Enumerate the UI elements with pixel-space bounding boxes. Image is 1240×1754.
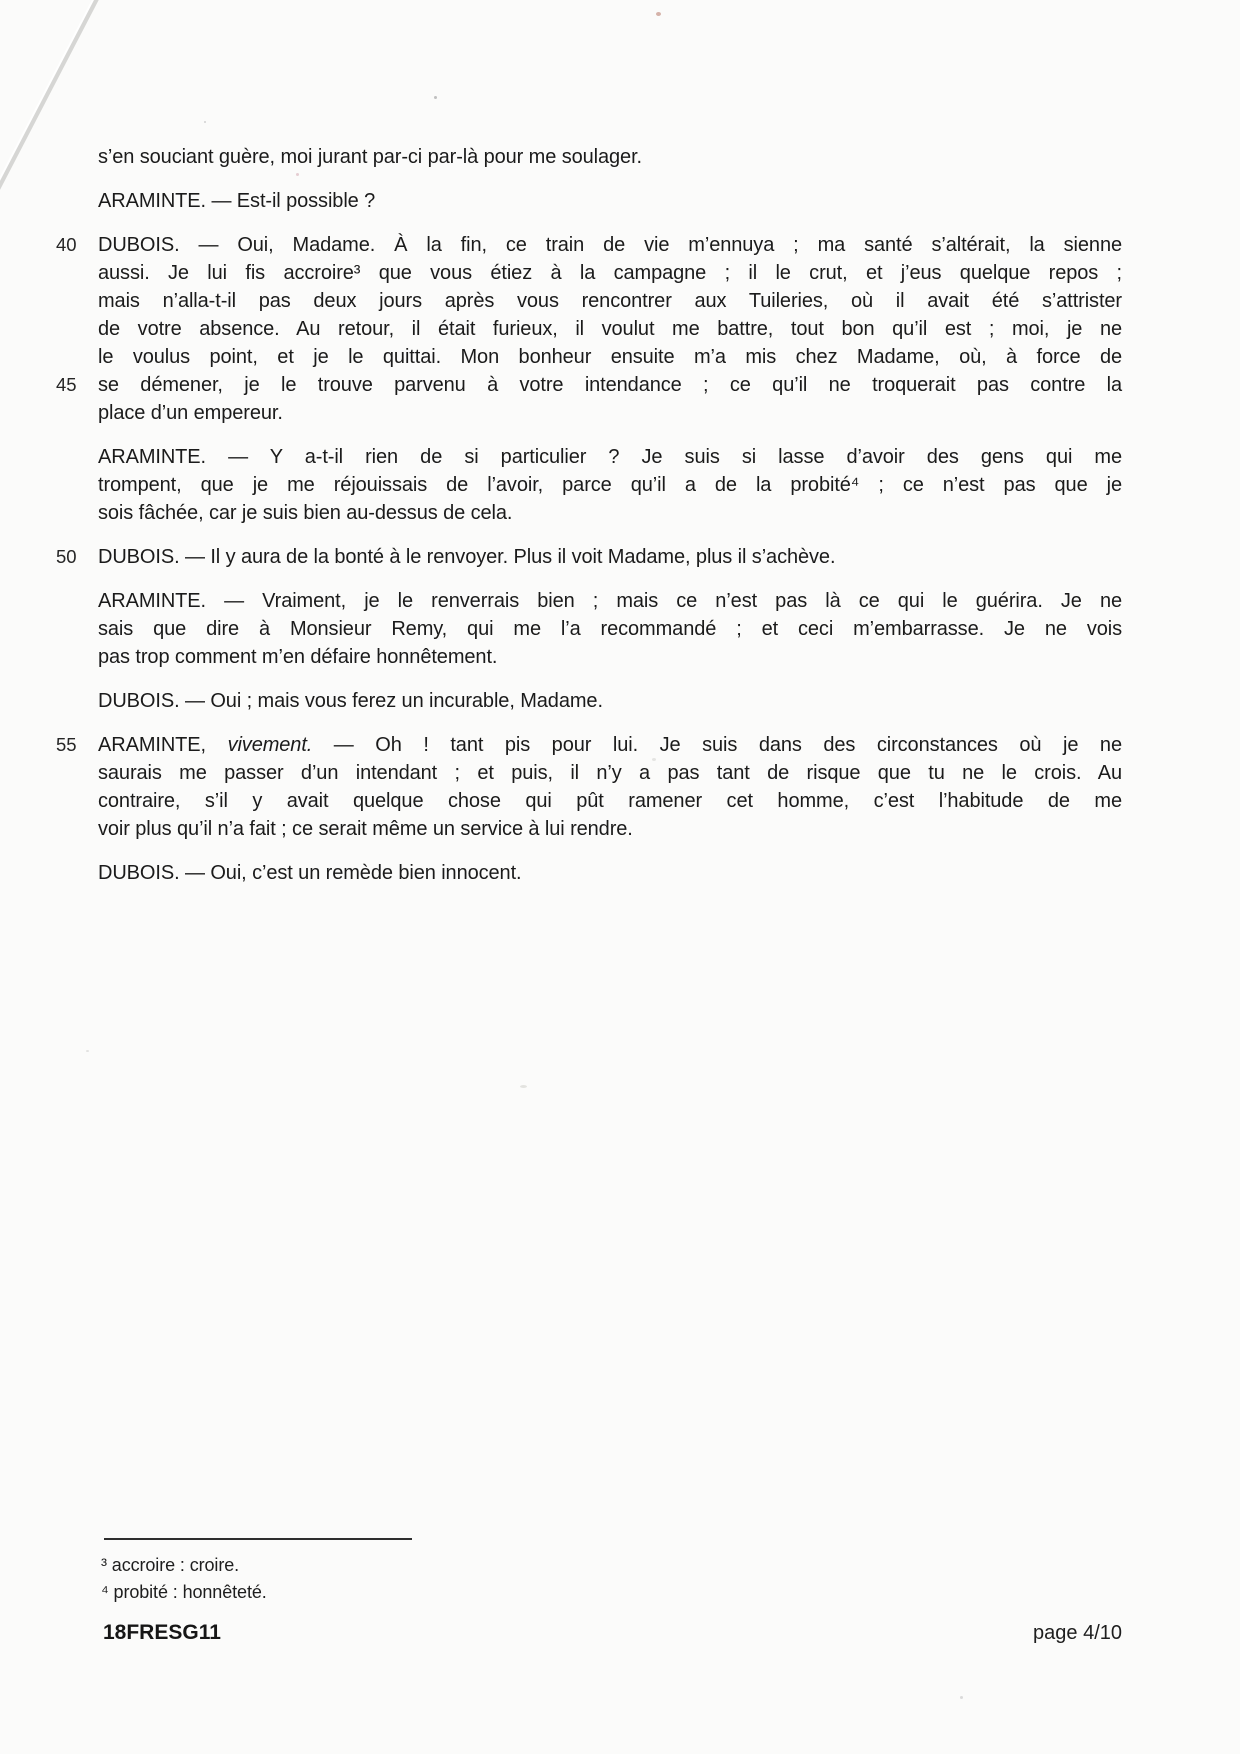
- scan-speck: [960, 1696, 963, 1699]
- scanned-page: s’en souciant guère, moi jurant par-ci p…: [0, 0, 1240, 1754]
- dialogue-line: pas trop comment m’en défaire honnêtemen…: [98, 643, 1122, 671]
- dialogue-line: 50DUBOIS. — Il y aura de la bonté à le r…: [98, 543, 1122, 571]
- dialogue-text-block: s’en souciant guère, moi jurant par-ci p…: [98, 143, 1122, 903]
- scan-speck: [434, 96, 437, 99]
- dialogue-line: mais n’alla-t-il pas deux jours après vo…: [98, 287, 1122, 315]
- dialogue-line: contraire, s’il y avait quelque chose qu…: [98, 787, 1122, 815]
- dialogue-line: voir plus qu’il n’a fait ; ce serait mêm…: [98, 815, 1122, 843]
- dialogue-line: sais que dire à Monsieur Remy, qui me l’…: [98, 615, 1122, 643]
- dialogue-line: 55ARAMINTE, vivement. — Oh ! tant pis po…: [98, 731, 1122, 759]
- scan-speck: [86, 1050, 89, 1052]
- footnote: ⁴ probité : honnêteté.: [101, 1579, 267, 1606]
- scan-speck: [656, 12, 661, 16]
- dialogue-line: 40DUBOIS. — Oui, Madame. À la fin, ce tr…: [98, 231, 1122, 259]
- scan-speck: [204, 121, 206, 123]
- dialogue-line: 45se démener, je le trouve parvenu à vot…: [98, 371, 1122, 399]
- dialogue-line: s’en souciant guère, moi jurant par-ci p…: [98, 143, 1122, 171]
- stage-direction: vivement.: [228, 734, 313, 756]
- footnote: ³ accroire : croire.: [101, 1552, 267, 1579]
- dialogue-line: le voulus point, et je le quittai. Mon b…: [98, 343, 1122, 371]
- dialogue-paragraph: ARAMINTE. — Est-il possible ?: [98, 187, 1122, 215]
- dialogue-paragraph: 55ARAMINTE, vivement. — Oh ! tant pis po…: [98, 731, 1122, 843]
- dialogue-paragraph: DUBOIS. — Oui, c’est un remède bien inno…: [98, 859, 1122, 887]
- dialogue-line: DUBOIS. — Oui, c’est un remède bien inno…: [98, 859, 1122, 887]
- margin-line-number: 55: [56, 731, 92, 759]
- dialogue-line: ARAMINTE. — Vraiment, je le renverrais b…: [98, 587, 1122, 615]
- dialogue-line: trompent, que je me réjouissais de l’avo…: [98, 471, 1122, 499]
- margin-line-number: 45: [56, 371, 92, 399]
- dialogue-line: sois fâchée, car je suis bien au-dessus …: [98, 499, 1122, 527]
- document-code: 18FRESG11: [103, 1621, 221, 1645]
- dialogue-paragraph: 50DUBOIS. — Il y aura de la bonté à le r…: [98, 543, 1122, 571]
- dialogue-paragraph: ARAMINTE. — Y a-t-il rien de si particul…: [98, 443, 1122, 527]
- scan-speck: [520, 1085, 527, 1088]
- dialogue-line: aussi. Je lui fis accroire³ que vous éti…: [98, 259, 1122, 287]
- dialogue-paragraph: DUBOIS. — Oui ; mais vous ferez un incur…: [98, 687, 1122, 715]
- dialogue-line: ARAMINTE. — Y a-t-il rien de si particul…: [98, 443, 1122, 471]
- footnote-separator: [104, 1538, 412, 1540]
- dialogue-line: saurais me passer d’un intendant ; et pu…: [98, 759, 1122, 787]
- dialogue-line: place d’un empereur.: [98, 399, 1122, 427]
- page-number: page 4/10: [1033, 1622, 1122, 1645]
- footnotes-block: ³ accroire : croire. ⁴ probité : honnête…: [101, 1552, 267, 1606]
- dialogue-paragraph: ARAMINTE. — Vraiment, je le renverrais b…: [98, 587, 1122, 671]
- dialogue-paragraph: s’en souciant guère, moi jurant par-ci p…: [98, 143, 1122, 171]
- dialogue-line: de votre absence. Au retour, il était fu…: [98, 315, 1122, 343]
- margin-line-number: 40: [56, 231, 92, 259]
- margin-line-number: 50: [56, 543, 92, 571]
- dialogue-line: ARAMINTE. — Est-il possible ?: [98, 187, 1122, 215]
- dialogue-paragraph: 40DUBOIS. — Oui, Madame. À la fin, ce tr…: [98, 231, 1122, 427]
- dialogue-line: DUBOIS. — Oui ; mais vous ferez un incur…: [98, 687, 1122, 715]
